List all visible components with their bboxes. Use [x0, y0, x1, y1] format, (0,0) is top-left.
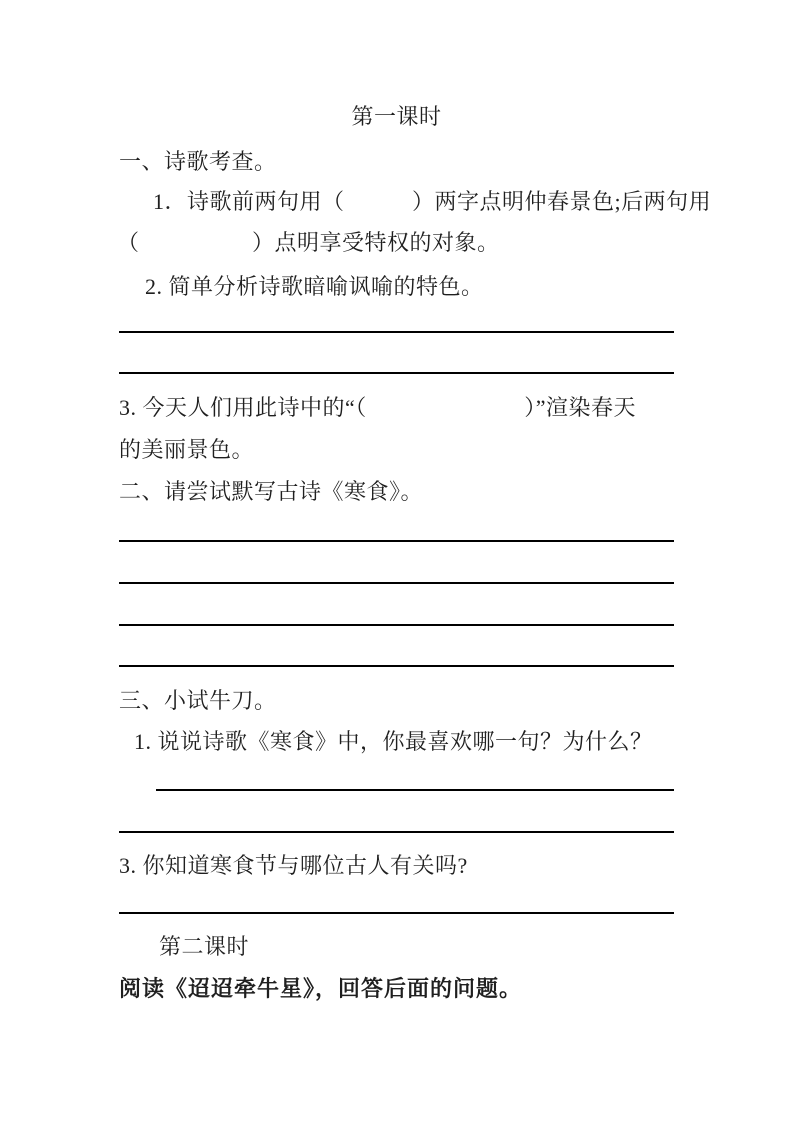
answer-line [119, 540, 674, 542]
section-three-heading: 三、小试牛刀。 [119, 688, 277, 714]
answer-line [119, 831, 674, 833]
answer-line [119, 665, 674, 667]
session2-intro: 阅读《迢迢牵牛星》，回答后面的问题。 [119, 976, 522, 1002]
worksheet-page: 第一课时 一、诗歌考查。 1．诗歌前两句用（ ）两字点明仲春景色;后两句用 （ … [0, 0, 793, 1122]
section-three-q1: 1. 说说诗歌《寒食》中，你最喜欢哪一句？为什么？ [134, 729, 653, 755]
answer-line [119, 582, 674, 584]
answer-line [119, 331, 674, 333]
section-three-q3: 3. 你知道寒食节与哪位古人有关吗? [119, 853, 468, 879]
section-one-q2: 2. 简单分析诗歌暗喻讽喻的特色。 [145, 274, 484, 300]
session1-title: 第一课时 [0, 104, 793, 130]
answer-line [156, 789, 674, 791]
session2-title: 第二课时 [159, 934, 249, 960]
section-one-q3-line2: 的美丽景色。 [119, 437, 254, 463]
answer-line [119, 372, 674, 374]
section-one-heading: 一、诗歌考查。 [119, 149, 277, 175]
section-one-q3-line1: 3. 今天人们用此诗中的“（ ）”渲染春天 [119, 395, 636, 421]
section-two-heading: 二、请尝试默写古诗《寒食》。 [119, 479, 423, 505]
answer-line [119, 912, 674, 914]
answer-line [119, 624, 674, 626]
section-one-q1-line1: 1．诗歌前两句用（ ）两字点明仲春景色;后两句用 [153, 189, 711, 215]
section-one-q1-line2: （ ）点明享受特权的对象。 [117, 230, 500, 256]
